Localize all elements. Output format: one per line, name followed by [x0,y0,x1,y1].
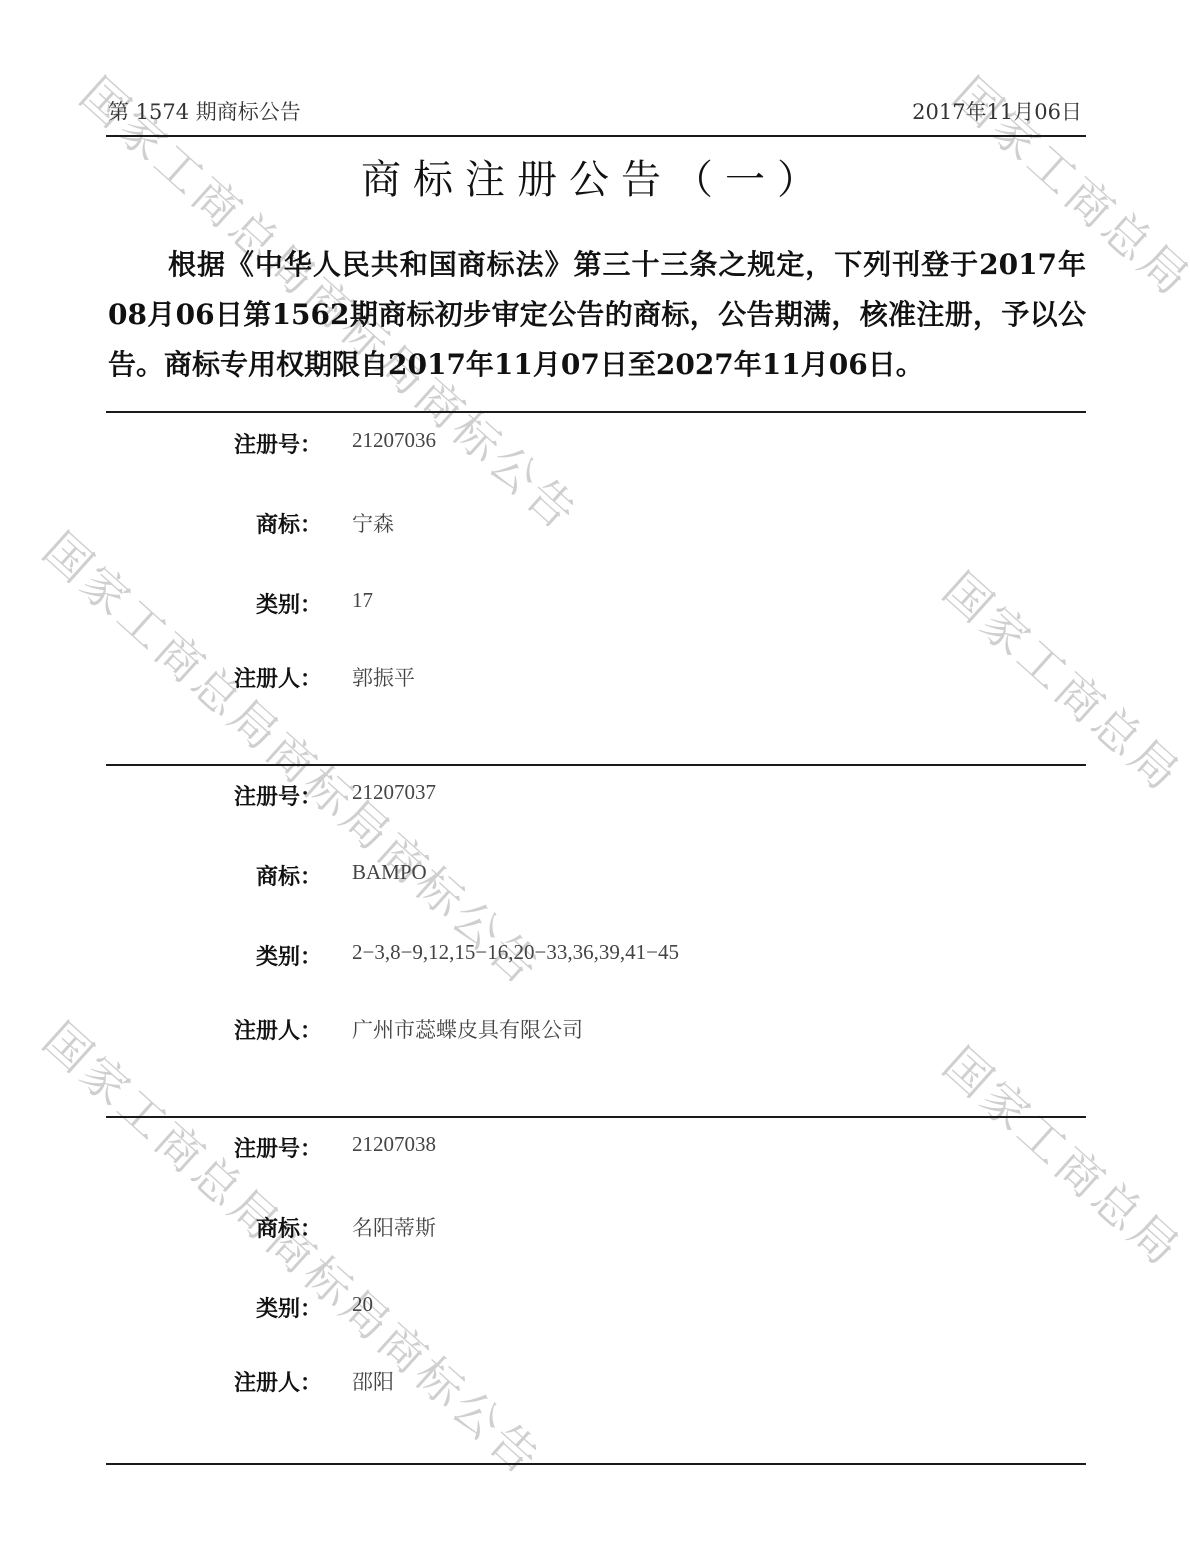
record-divider [106,1116,1086,1118]
registrant-value: 邵阳 [352,1366,394,1396]
class-label: 类别： [256,1292,322,1323]
record-divider [106,411,1086,413]
field-mark: 商标： BAMPO [0,860,1190,900]
reg-no-value: 21207037 [352,780,436,805]
class-value: 2−3,8−9,12,15−16,20−33,36,39,41−45 [352,940,679,965]
field-registrant: 注册人： 邵阳 [0,1366,1190,1406]
issue-date: 2017年11月06日 [912,96,1082,126]
field-class: 类别： 17 [0,588,1190,628]
reg-no-value: 21207036 [352,428,436,453]
field-reg-no: 注册号： 21207037 [0,780,1190,820]
field-mark: 商标： 宁森 [0,508,1190,548]
mark-value: 宁森 [352,508,394,538]
class-value: 20 [352,1292,373,1317]
registrant-label: 注册人： [234,1014,322,1045]
header-divider [106,135,1086,137]
registrant-value: 郭振平 [352,662,415,692]
field-registrant: 注册人： 广州市蕊蝶皮具有限公司 [0,1014,1190,1054]
registrant-value: 广州市蕊蝶皮具有限公司 [352,1014,583,1044]
reg-no-label: 注册号： [234,428,322,459]
class-label: 类别： [256,940,322,971]
page-title: 商标注册公告（一） [0,148,1190,205]
intro-paragraph: 根据《中华人民共和国商标法》第三十三条之规定，下列刊登于2017年08月06日第… [108,240,1086,390]
field-reg-no: 注册号： 21207038 [0,1132,1190,1172]
field-class: 类别： 20 [0,1292,1190,1332]
mark-label: 商标： [256,860,322,891]
mark-value: BAMPO [352,860,427,885]
issue-number: 第 1574 期商标公告 [108,96,301,126]
footer-divider [106,1463,1086,1465]
registrant-label: 注册人： [234,662,322,693]
reg-no-label: 注册号： [234,1132,322,1163]
reg-no-value: 21207038 [352,1132,436,1157]
mark-label: 商标： [256,508,322,539]
field-class: 类别： 2−3,8−9,12,15−16,20−33,36,39,41−45 [0,940,1190,980]
field-registrant: 注册人： 郭振平 [0,662,1190,702]
mark-label: 商标： [256,1212,322,1243]
field-mark: 商标： 名阳蒂斯 [0,1212,1190,1252]
field-reg-no: 注册号： 21207036 [0,428,1190,468]
record-divider [106,764,1086,766]
reg-no-label: 注册号： [234,780,322,811]
mark-value: 名阳蒂斯 [352,1212,436,1242]
registrant-label: 注册人： [234,1366,322,1397]
class-value: 17 [352,588,373,613]
class-label: 类别： [256,588,322,619]
